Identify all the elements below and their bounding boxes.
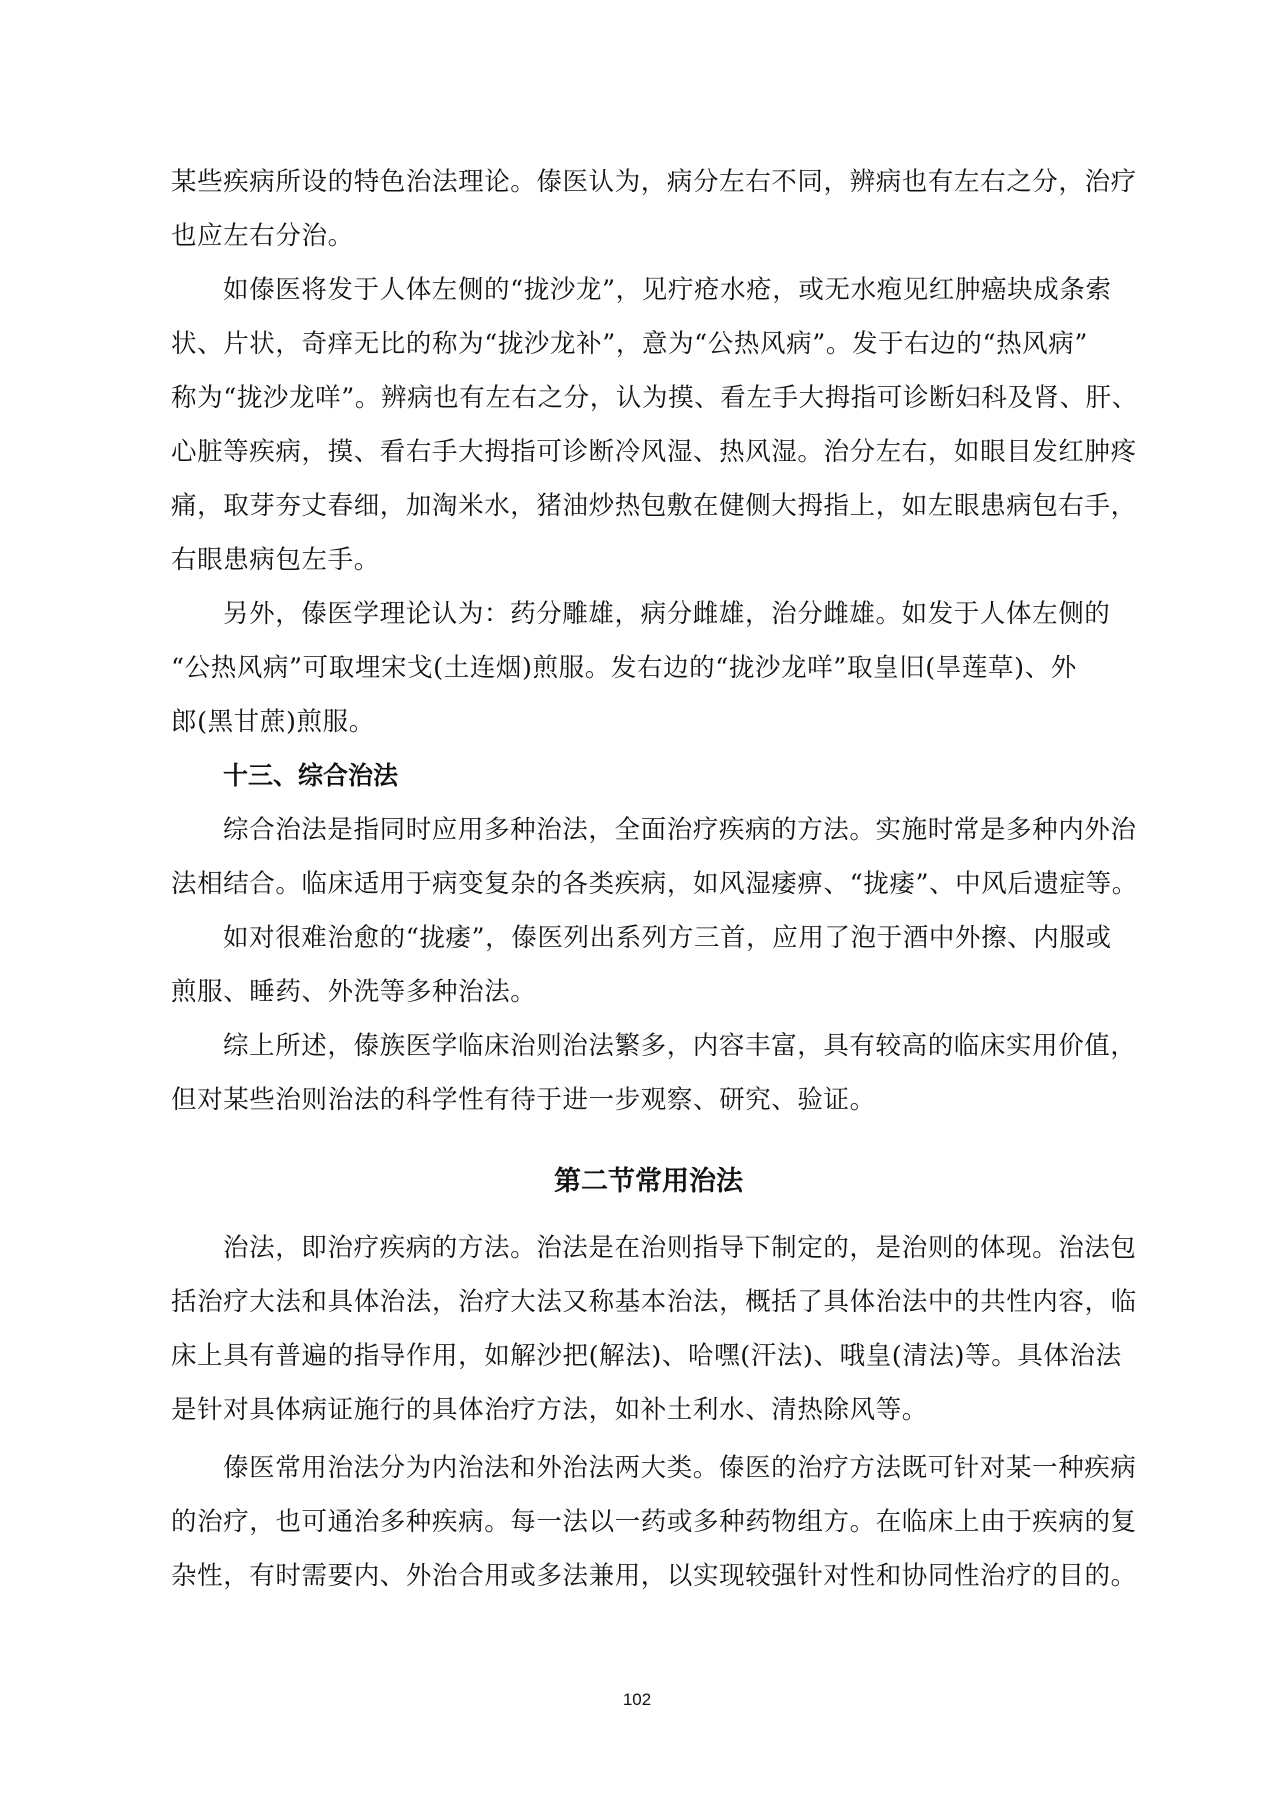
- paragraph-line: 某些疾病所设的特色治法理论。傣医认为，病分左右不同，辨病也有左右之分，治疗: [171, 162, 1137, 202]
- paragraph-line: 床上具有普遍的指导作用，如解沙把(解法)、哈嘿(汗法)、哦皇(清法)等。具体治法: [171, 1336, 1122, 1376]
- page-number: 102: [0, 1690, 1274, 1710]
- paragraph-line: 傣医常用治法分为内治法和外治法两大类。傣医的治疗方法既可针对某一种疾病: [223, 1448, 1137, 1488]
- paragraph-line: 综合治法是指同时应用多种治法，全面治疗疾病的方法。实施时常是多种内外治: [223, 810, 1137, 850]
- paragraph-line: 是针对具体病证施行的具体治疗方法，如补土利水、清热除风等。: [171, 1390, 928, 1430]
- subheading: 十三、综合治法: [223, 756, 398, 796]
- paragraph-line: 煎服、睡药、外洗等多种治法。: [171, 972, 536, 1012]
- paragraph-line: 杂性，有时需要内、外治合用或多法兼用，以实现较强针对性和协同性治疗的目的。: [171, 1556, 1137, 1596]
- paragraph-line: 也应左右分治。: [171, 216, 354, 256]
- paragraph-line: 另外，傣医学理论认为：药分雕雄，病分雌雄，治分雌雄。如发于人体左侧的: [223, 594, 1110, 634]
- paragraph-line: 痛，取芽夯丈春细，加淘米水，猪油炒热包敷在健侧大拇指上，如左眼患病包右手，: [171, 486, 1137, 526]
- paragraph-line: 但对某些治则治法的科学性有待于进一步观察、研究、验证。: [171, 1080, 876, 1120]
- paragraph-line: 称为“拢沙龙咩”。辨病也有左右之分，认为摸、看左手大拇指可诊断妇科及肾、肝、: [171, 378, 1138, 418]
- section-title: 第二节常用治法: [171, 1162, 1126, 1202]
- paragraph-line: 如对很难治愈的“拢痿”，傣医列出系列方三首，应用了泡于酒中外擦、内服或: [223, 918, 1112, 958]
- paragraph-line: “公热风病”可取埋宋戈(土连烟)煎服。发右边的“拢沙龙咩”取皇旧(旱莲草)、外: [171, 648, 1077, 688]
- paragraph-line: 治法，即治疗疾病的方法。治法是在治则指导下制定的，是治则的体现。治法包: [223, 1228, 1137, 1268]
- paragraph-line: 的治疗，也可通治多种疾病。每一法以一药或多种药物组方。在临床上由于疾病的复: [171, 1502, 1137, 1542]
- paragraph-line: 右眼患病包左手。: [171, 540, 380, 580]
- paragraph-line: 法相结合。临床适用于病变复杂的各类疾病，如风湿痿痹、“拢痿”、中风后遗症等。: [171, 864, 1138, 904]
- paragraph-line: 括治疗大法和具体治法，治疗大法又称基本治法，概括了具体治法中的共性内容，临: [171, 1282, 1137, 1322]
- paragraph-line: 状、片状，奇痒无比的称为“拢沙龙补”，意为“公热风病”。发于右边的“热风病”: [171, 324, 1088, 364]
- paragraph-line: 心脏等疾病，摸、看右手大拇指可诊断冷风湿、热风湿。治分左右，如眼目发红肿疼: [171, 432, 1137, 472]
- paragraph-line: 综上所述，傣族医学临床治则治法繁多，内容丰富，具有较高的临床实用价值，: [223, 1026, 1137, 1066]
- paragraph-line: 郎(黑甘蔗)煎服。: [171, 702, 375, 742]
- paragraph-line: 如傣医将发于人体左侧的“拢沙龙”，见疔疮水疮，或无水疱见红肿癌块成条索: [223, 270, 1112, 310]
